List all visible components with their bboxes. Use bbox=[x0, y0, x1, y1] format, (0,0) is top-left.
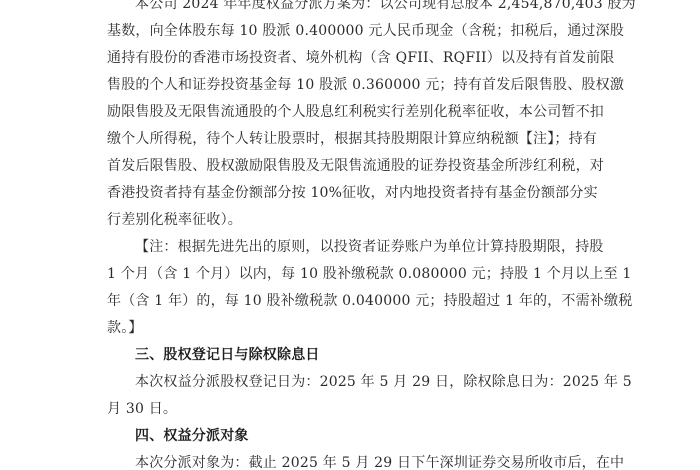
text-line: 售股的个人和证券投资基金每 10 股派 0.360000 元；持有首发后限售股、… bbox=[107, 72, 593, 99]
section-record-and-ex-dividend-date: 三、股权登记日与除权除息日 本次权益分派股权登记日为：2025 年 5 月 29… bbox=[107, 342, 593, 423]
text-line: 香港投资者持有基金份额部分按 10%征收，对内地投资者持有基金份额部分实 bbox=[107, 180, 593, 207]
text-line: 年（含 1 年）的，每 10 股补缴税款 0.040000 元；持股超过 1 年… bbox=[107, 288, 593, 315]
text-line: 基数，向全体股东每 10 股派 0.400000 元人民币现金（含税；扣税后，通… bbox=[107, 18, 593, 45]
text-line: 本公司 2024 年年度权益分派方案为：以公司现有总股本 2,454,870,4… bbox=[107, 0, 593, 18]
paragraph-dividend-plan: 本公司 2024 年年度权益分派方案为：以公司现有总股本 2,454,870,4… bbox=[107, 0, 593, 234]
text-line: 行差别化税率征收）。 bbox=[107, 207, 593, 234]
text-line: 1 个月（含 1 个月）以内，每 10 股补缴税款 0.080000 元；持股 … bbox=[107, 261, 593, 288]
section-distribution-target: 四、权益分派对象 本次分派对象为：截止 2025 年 5 月 29 日下午深圳证… bbox=[107, 423, 593, 470]
text-line: 月 30 日。 bbox=[107, 396, 593, 423]
section-heading: 三、股权登记日与除权除息日 bbox=[107, 342, 593, 369]
text-line: 本次权益分派股权登记日为：2025 年 5 月 29 日，除权除息日为：2025… bbox=[107, 369, 593, 396]
text-line: 本次分派对象为：截止 2025 年 5 月 29 日下午深圳证券交易所收市后，在… bbox=[107, 450, 593, 470]
document-page: 本公司 2024 年年度权益分派方案为：以公司现有总股本 2,454,870,4… bbox=[107, 0, 593, 470]
text-line: 通持有股份的香港市场投资者、境外机构（含 QFII、RQFII）以及持有首发前限 bbox=[107, 45, 593, 72]
text-line: 款。】 bbox=[107, 315, 593, 342]
text-line: 首发后限售股、股权激励限售股及无限售流通股的证券投资基金所涉红利税，对 bbox=[107, 153, 593, 180]
text-line: 缴个人所得税，待个人转让股票时，根据其持股期限计算应纳税额【注】；持有 bbox=[107, 126, 593, 153]
text-line: 励限售股及无限售流通股的个人股息红利税实行差别化税率征收，本公司暂不扣 bbox=[107, 99, 593, 126]
paragraph-note: 【注：根据先进先出的原则，以投资者证券账户为单位计算持股期限，持股 1 个月（含… bbox=[107, 234, 593, 342]
text-line: 【注：根据先进先出的原则，以投资者证券账户为单位计算持股期限，持股 bbox=[107, 234, 593, 261]
section-heading: 四、权益分派对象 bbox=[107, 423, 593, 450]
